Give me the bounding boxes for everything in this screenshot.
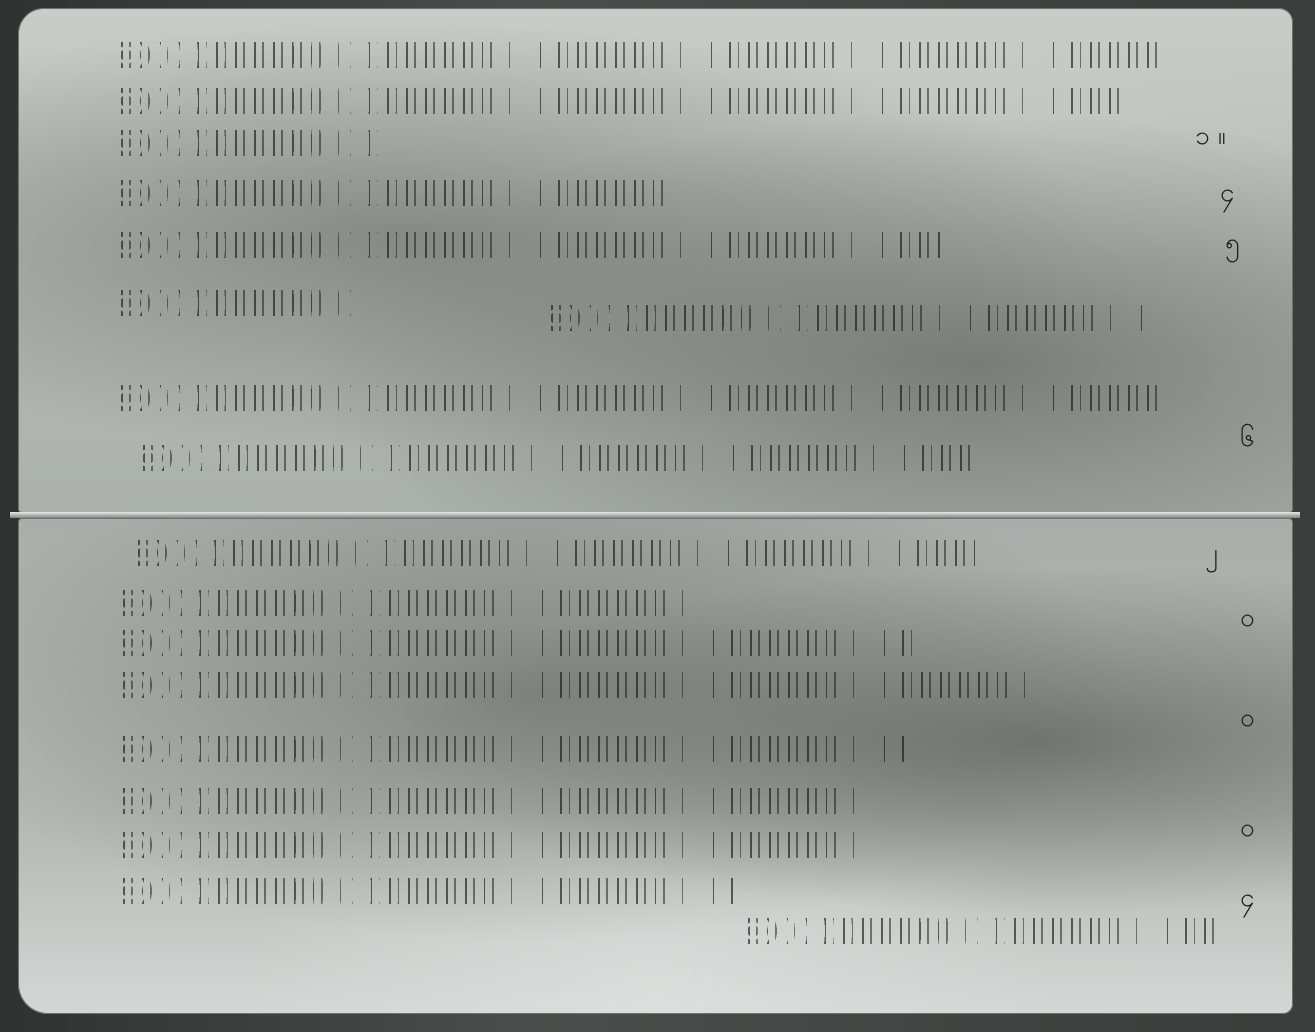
manuscript-line: manuscript line 16: [120, 832, 860, 858]
handwritten-ink: [120, 590, 710, 616]
manuscript-line: manuscript line 8: [118, 385, 1158, 411]
handwritten-ink: [118, 180, 663, 206]
manuscript-line: manuscript line 4: [118, 180, 663, 206]
handwritten-ink: [120, 672, 1035, 698]
handwritten-ink: [135, 540, 975, 566]
manuscript-line: manuscript line 18 (indented): [745, 918, 1215, 944]
margin-numeral: ၅: [1225, 225, 1240, 264]
manuscript-line: manuscript line 17: [120, 878, 740, 904]
margin-numeral: ၄: [1240, 880, 1255, 919]
margin-numeral: ၆: [1240, 420, 1255, 459]
manuscript-top-panel: [18, 8, 1293, 513]
handwritten-ink: [120, 832, 860, 858]
manuscript-line: manuscript line 10: [135, 540, 975, 566]
margin-numeral: ၄: [1220, 175, 1235, 214]
manuscript-line: manuscript line 9: [140, 445, 970, 471]
handwritten-ink: [140, 445, 970, 471]
manuscript-line: manuscript line 12: [120, 630, 915, 656]
manuscript-line: manuscript line 3: [118, 130, 378, 156]
handwritten-ink: [118, 130, 378, 156]
manuscript-line: manuscript line 15: [120, 788, 860, 814]
handwritten-ink: [120, 878, 740, 904]
margin-numeral: ၁ ။: [1195, 118, 1226, 157]
handwritten-ink: [120, 736, 910, 762]
manuscript-line: manuscript line 7 (indented): [548, 305, 1158, 331]
manuscript-line: manuscript line 1: [118, 42, 1158, 68]
manuscript-line: manuscript line 6: [118, 290, 368, 316]
manuscript-line: manuscript line 11: [120, 590, 710, 616]
margin-numeral: ဝ: [1240, 810, 1255, 849]
manuscript-line: manuscript line 14: [120, 736, 910, 762]
margin-numeral: ၂: [1205, 535, 1218, 574]
handwritten-ink: [118, 42, 1158, 68]
manuscript-line: manuscript line 5: [118, 232, 943, 258]
margin-numeral: ဝ: [1240, 600, 1255, 639]
handwritten-ink: [118, 88, 1128, 114]
handwritten-ink: [118, 290, 368, 316]
handwritten-ink: [118, 385, 1158, 411]
handwritten-ink: [118, 232, 943, 258]
handwritten-ink: [120, 788, 860, 814]
margin-numeral: ဝ: [1240, 700, 1255, 739]
handwritten-ink: [548, 305, 1158, 331]
manuscript-line: manuscript line 13: [120, 672, 1035, 698]
manuscript-line: manuscript line 2: [118, 88, 1128, 114]
handwritten-ink: [120, 630, 915, 656]
handwritten-ink: [745, 918, 1215, 944]
